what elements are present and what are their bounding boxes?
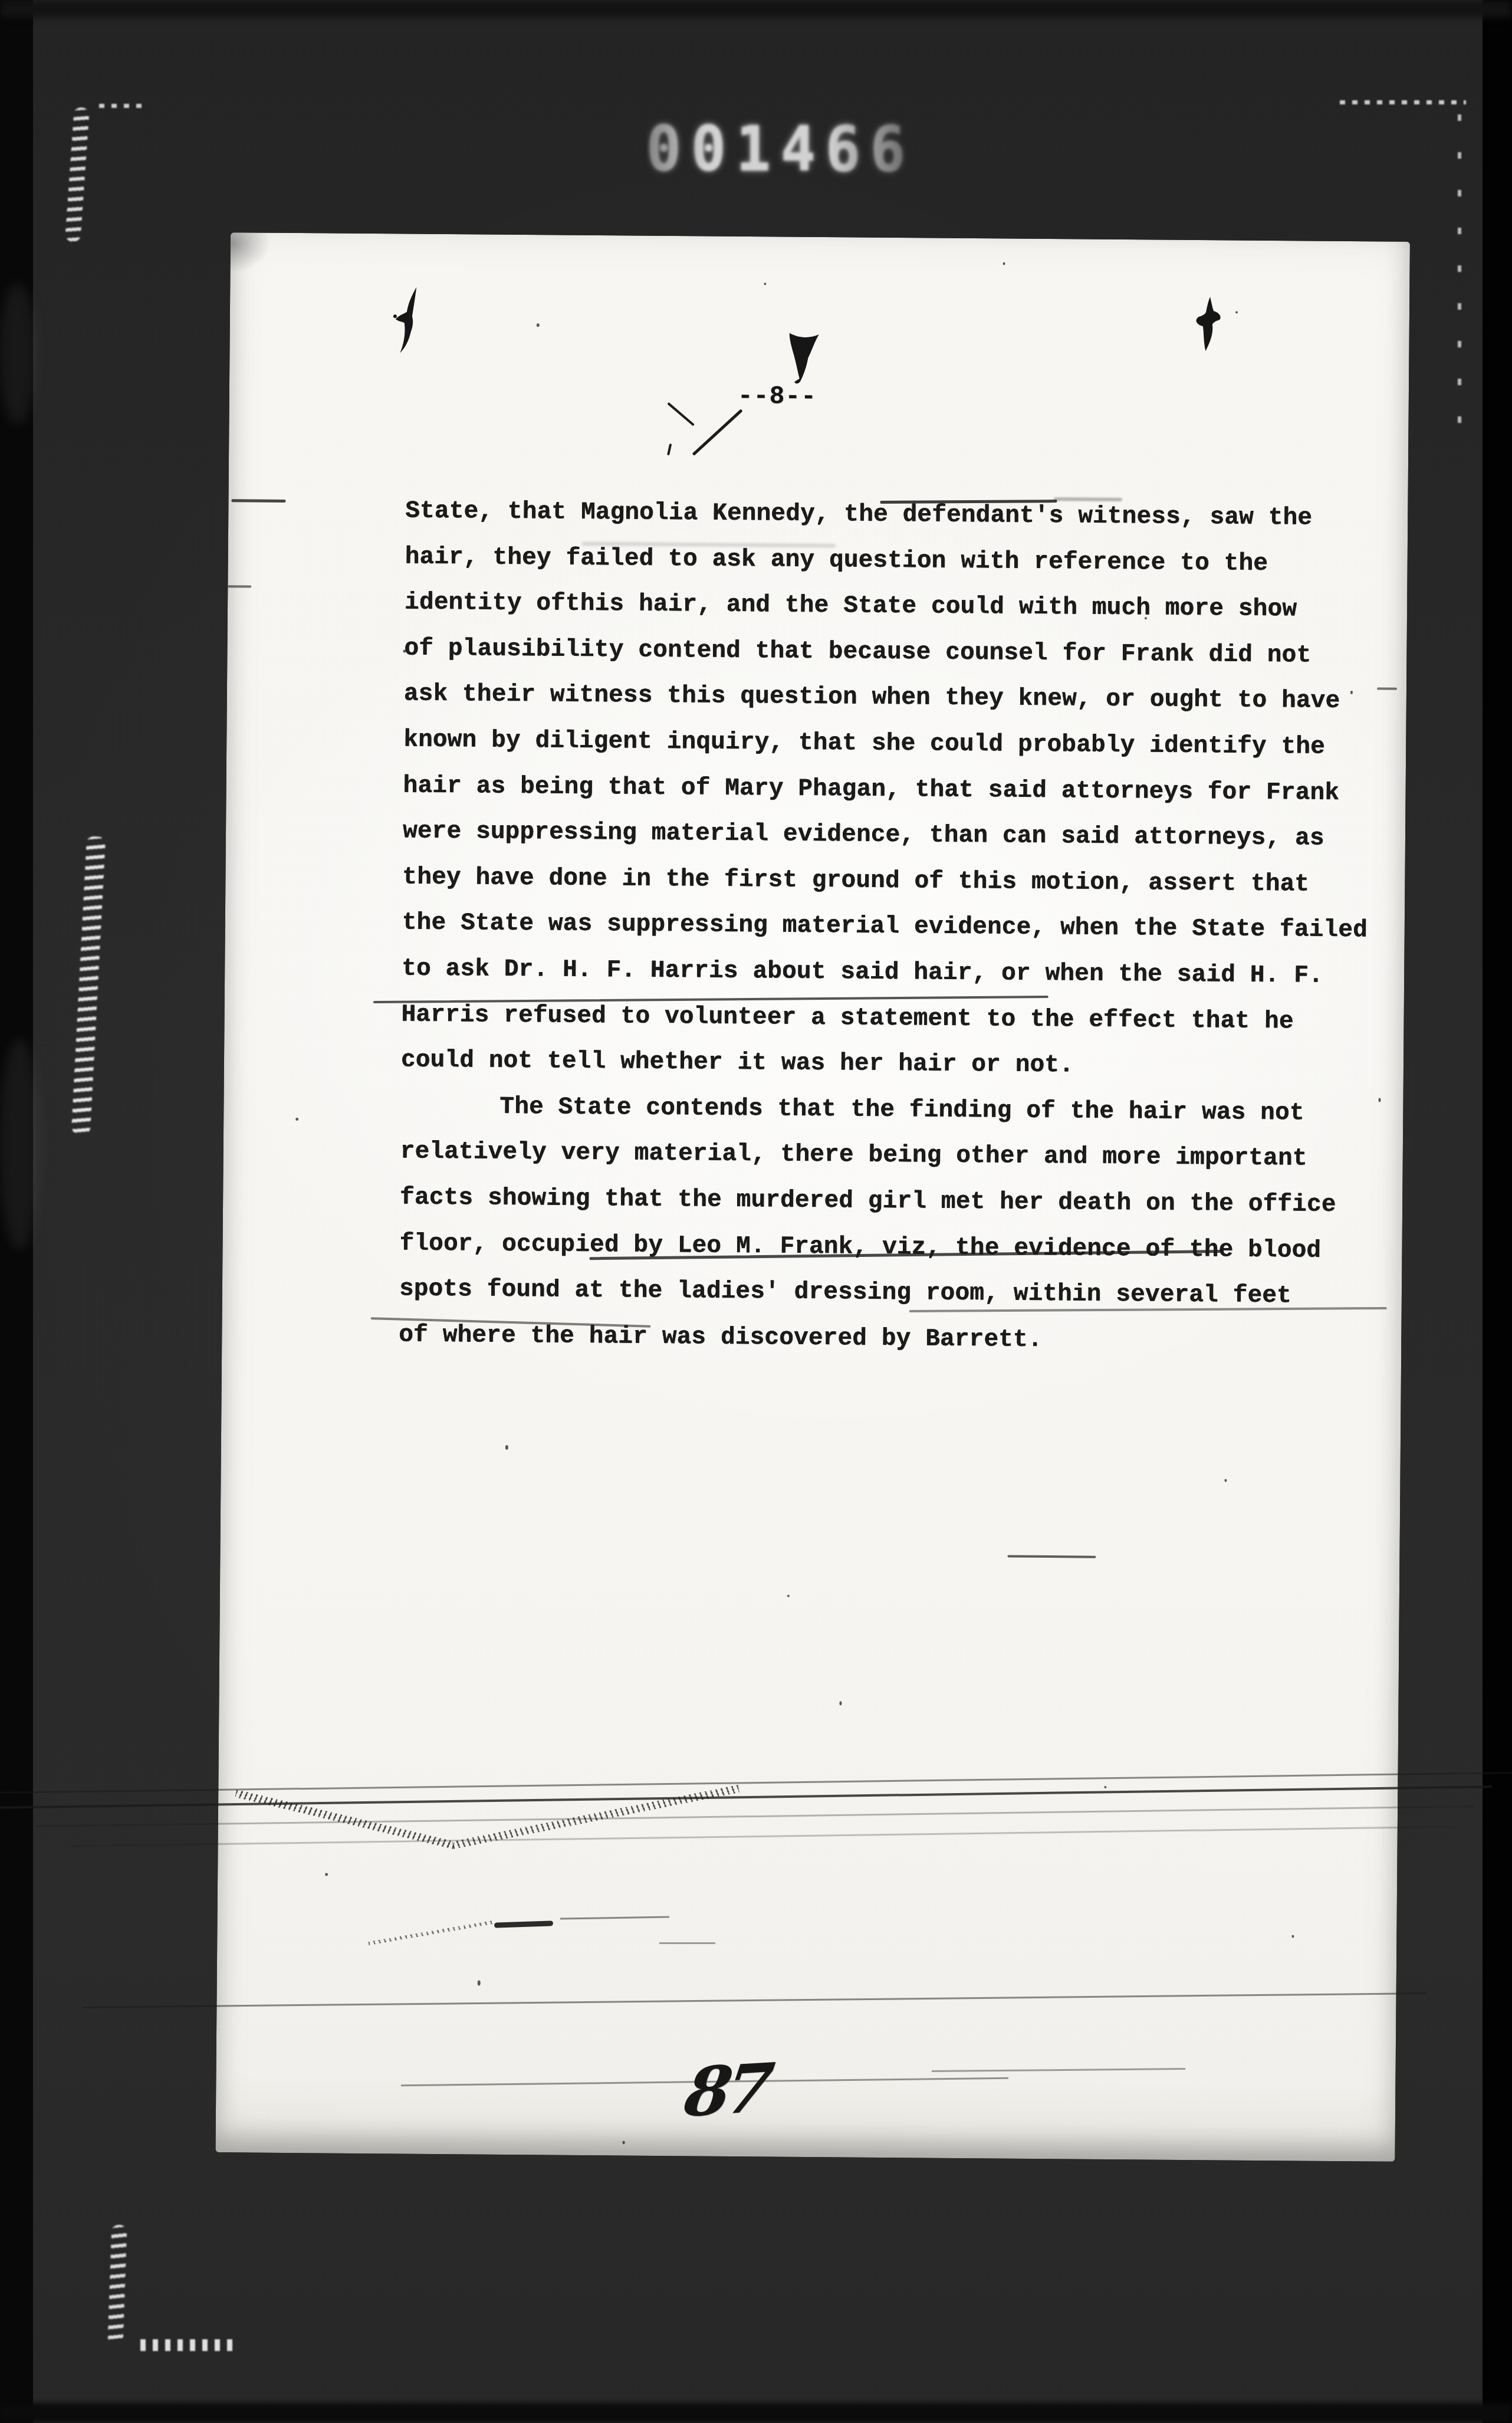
film-smudge	[0, 1038, 39, 1250]
microfilm-frame: 001466 --8-- State, that Magnolia Kenned…	[0, 0, 1512, 2423]
film-edge-dashes	[140, 2339, 239, 2351]
frame-number-stamp: 001466	[646, 113, 915, 185]
typewritten-text: State, that Magnolia Kennedy, the defend…	[399, 488, 1408, 1366]
typewritten-line: spots found at the ladies' dressing room…	[399, 1267, 1402, 1321]
typewritten-line: facts showing that the murdered girl met…	[400, 1175, 1403, 1229]
scratch-line	[228, 585, 251, 587]
film-edge-dashes	[1458, 114, 1461, 433]
typewritten-line: the State was suppressing material evide…	[402, 901, 1405, 954]
typewritten-line: floor, occupied by Leo M. Frank, viz, th…	[399, 1221, 1402, 1275]
film-edge-dashes	[1340, 100, 1466, 104]
film-edge-dashes	[99, 104, 147, 108]
typewritten-line: identity ofthis hair, and the State coul…	[405, 580, 1408, 634]
check-mark	[692, 409, 743, 455]
ink-blot	[785, 327, 823, 385]
paper-speck	[1145, 617, 1147, 619]
paper-speck	[478, 1981, 481, 1986]
scratch-line	[1377, 687, 1397, 690]
check-mark	[667, 402, 695, 426]
page-number: --8--	[738, 382, 817, 411]
film-edge-top	[0, 0, 1512, 18]
paper-speck	[623, 2140, 625, 2144]
paper-speck	[839, 1701, 842, 1705]
paper-speck	[295, 1118, 298, 1121]
scratch-line	[1007, 1555, 1096, 1558]
typewritten-line: hair as being that of Mary Phagan, that …	[403, 763, 1406, 817]
paper-speck	[787, 1595, 790, 1597]
paper-speck	[1104, 1786, 1106, 1788]
scratch-line	[231, 499, 285, 503]
paper-speck	[1003, 262, 1005, 265]
typewritten-line: hair, they failed to ask any question wi…	[405, 534, 1408, 588]
paper-speck	[1235, 311, 1238, 314]
scratch-line	[1054, 497, 1122, 501]
check-mark	[667, 444, 672, 455]
typewritten-line: to ask Dr. H. F. Harris about said hair,…	[402, 946, 1405, 1000]
paper-speck	[325, 1873, 328, 1876]
typewritten-line: of where the hair was discovered by Barr…	[399, 1312, 1402, 1366]
paper-speck	[537, 323, 540, 327]
film-edge-scratch	[71, 836, 106, 1135]
film-smudge	[0, 283, 35, 425]
typewritten-line: of plausibility contend that because cou…	[404, 626, 1407, 679]
paper-speck	[1379, 1098, 1381, 1102]
paper-speck	[505, 1445, 508, 1450]
film-edge-scratch	[107, 2225, 127, 2345]
paper-speck	[764, 283, 766, 285]
film-edge-scratch	[65, 107, 90, 242]
scratch-line	[659, 1942, 715, 1944]
ink-blot	[392, 285, 420, 359]
paper-speck	[1350, 691, 1353, 694]
film-edge-bottom	[0, 2403, 1512, 2423]
document-page: --8-- State, that Magnolia Kennedy, the …	[215, 232, 1410, 2162]
paper-speck	[1291, 1935, 1294, 1938]
typewritten-line: ask their witness this question when the…	[404, 672, 1407, 725]
ink-blot	[1194, 297, 1223, 352]
paper-speck	[403, 649, 406, 652]
typewritten-line: known by diligent inquiry, that she coul…	[403, 717, 1406, 771]
typewritten-line: State, that Magnolia Kennedy, the defend…	[405, 488, 1408, 542]
film-edge-right	[1483, 0, 1512, 2423]
typewritten-line: were suppressing material evidence, than…	[403, 809, 1406, 863]
typewritten-line: could not tell whether it was her hair o…	[401, 1038, 1404, 1092]
typewritten-line: The State contends that the finding of t…	[400, 1084, 1403, 1137]
typewritten-line: relatively very material, there being ot…	[400, 1130, 1403, 1183]
paper-speck	[1224, 1479, 1227, 1482]
typewritten-line: they have done in the first ground of th…	[402, 855, 1405, 908]
handwritten-folio: 87	[680, 2049, 774, 2132]
